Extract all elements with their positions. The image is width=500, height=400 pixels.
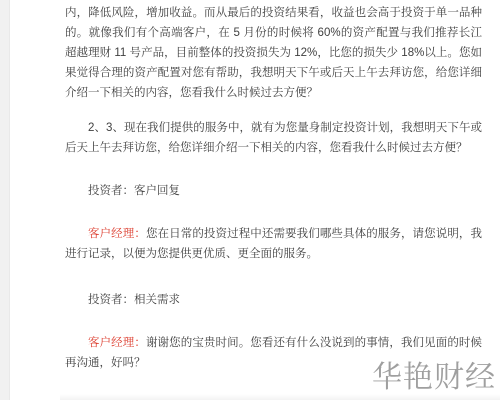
speaker-label-investor: 投资者： xyxy=(88,294,134,306)
speaker-line-manager: 客户经理：您在日常的投资过程中还需要我们哪些具体的服务，请您说明，我进行记录，以… xyxy=(65,224,482,264)
speaker-text: 相关需求 xyxy=(134,294,180,306)
paragraph-continued: 内，降低风险，增加收益。而从最后的投资结果看，收益也会高于投资于单一品种的。就像… xyxy=(65,3,482,103)
watermark: 华艳财经 xyxy=(372,362,496,394)
paragraph-list-item: 2、3、现在我们提供的服务中，就有为您量身制定投资计划，我想明天下午或后天上午去… xyxy=(65,118,482,158)
speaker-line-investor: 投资者：客户回复 xyxy=(65,181,482,201)
speaker-label-manager: 客户经理： xyxy=(88,228,146,240)
page-bottom-shadow xyxy=(60,394,500,400)
speaker-label-manager: 客户经理： xyxy=(88,337,146,349)
left-gutter xyxy=(0,0,10,400)
document-content: 内，降低风险，增加收益。而从最后的投资结果看，收益也会高于投资于单一品种的。就像… xyxy=(65,0,482,373)
speaker-label-investor: 投资者： xyxy=(88,185,134,197)
document-page: 内，降低风险，增加收益。而从最后的投资结果看，收益也会高于投资于单一品种的。就像… xyxy=(0,0,500,400)
speaker-line-investor: 投资者：相关需求 xyxy=(65,290,482,310)
speaker-text: 客户回复 xyxy=(134,185,180,197)
